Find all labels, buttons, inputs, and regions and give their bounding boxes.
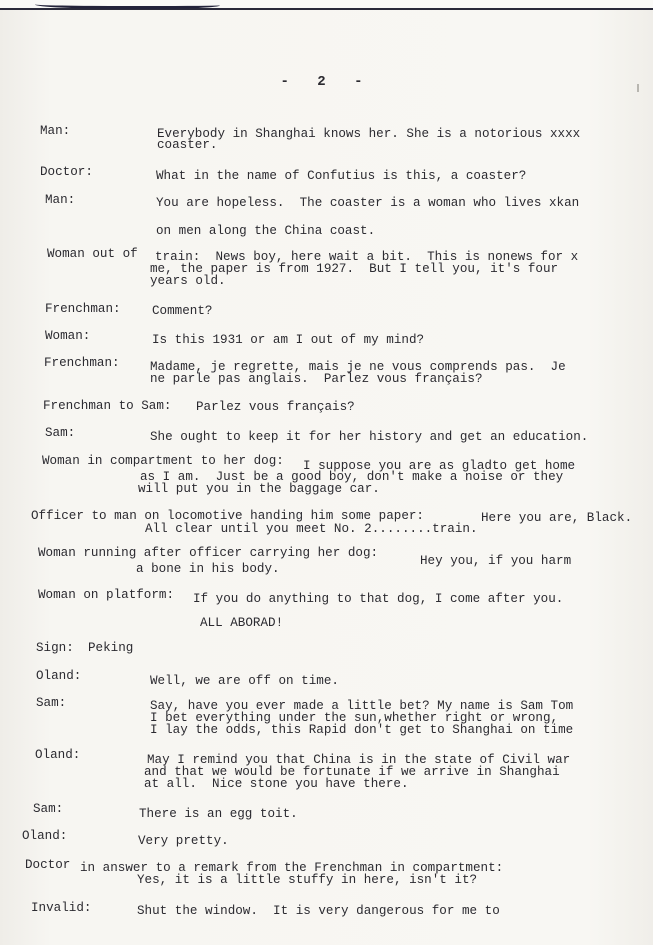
dialogue-line: on men along the China coast. — [156, 225, 375, 238]
dialogue-line: at all. Nice stone you have there. — [144, 778, 409, 791]
dialogue-line: Peking — [88, 642, 133, 655]
dialogue-line: Everybody in Shanghai knows her. She is … — [157, 128, 580, 141]
speaker-label: Doctor: — [40, 166, 93, 179]
dialogue-line: Shut the window. It is very dangerous fo… — [137, 905, 500, 918]
dialogue-line: Well, we are off on time. — [150, 675, 339, 688]
speaker-label: Frenchman: — [45, 303, 121, 316]
stage-direction: ALL ABORAD! — [200, 617, 283, 630]
speaker-label: Frenchman to Sam: — [43, 400, 171, 413]
dialogue-line: Is this 1931 or am I out of my mind? — [152, 334, 424, 347]
dialogue-line: ne parle pas anglais. Parlez vous frança… — [150, 373, 483, 386]
dialogue-line: I lay the odds, this Rapid don't get to … — [150, 724, 573, 737]
dialogue-line: coaster. — [157, 139, 217, 152]
speaker-label: Oland: — [22, 830, 67, 843]
speaker-label: Man: — [40, 125, 70, 138]
speaker-label: Sam: — [45, 427, 75, 440]
dialogue-line: All clear until you meet No. 2........tr… — [145, 523, 478, 536]
dialogue-line: Comment? — [152, 305, 212, 318]
page-number: - 2 - — [0, 74, 653, 90]
dialogue-line: Hey you, if you harm — [420, 555, 571, 568]
speaker-label: Woman on platform: — [38, 589, 174, 602]
speaker-label: Woman running after officer carrying her… — [38, 547, 378, 560]
speaker-label: Sign: — [36, 642, 74, 655]
dialogue-line: Yes, it is a little stuffy in here, isn'… — [137, 874, 477, 887]
speaker-label: Man: — [45, 194, 75, 207]
speaker-label: Woman in compartment to her dog: — [42, 455, 284, 468]
speaker-label: Woman out of — [47, 248, 138, 261]
dialogue-line: Very pretty. — [138, 835, 229, 848]
speaker-label: Sam: — [36, 697, 66, 710]
dialogue-line: Here you are, Black. — [481, 512, 632, 525]
dialogue-line: She ought to keep it for her history and… — [150, 431, 588, 444]
speaker-label: Oland: — [35, 749, 80, 762]
speaker-label: Oland: — [36, 670, 81, 683]
torn-edge — [35, 0, 220, 9]
speaker-label: Invalid: — [31, 902, 91, 915]
speaker-label: Doctor — [25, 859, 70, 872]
dialogue-line: If you do anything to that dog, I come a… — [193, 593, 563, 606]
dialogue-line: a bone in his body. — [136, 563, 280, 576]
speaker-label: Sam: — [33, 803, 63, 816]
speaker-label: Woman: — [45, 330, 90, 343]
dialogue-line: years old. — [150, 275, 226, 288]
dialogue-line: Parlez vous français? — [196, 401, 355, 414]
typewritten-page: - 2 - Man: Everybody in Shanghai knows h… — [0, 0, 653, 945]
dialogue-line: You are hopeless. The coaster is a woman… — [156, 197, 579, 210]
dialogue-line: There is an egg toit. — [139, 808, 298, 821]
speaker-label: Frenchman: — [44, 357, 120, 370]
dialogue-line: What in the name of Confutius is this, a… — [156, 170, 526, 183]
dialogue-line: will put you in the baggage car. — [138, 483, 380, 496]
